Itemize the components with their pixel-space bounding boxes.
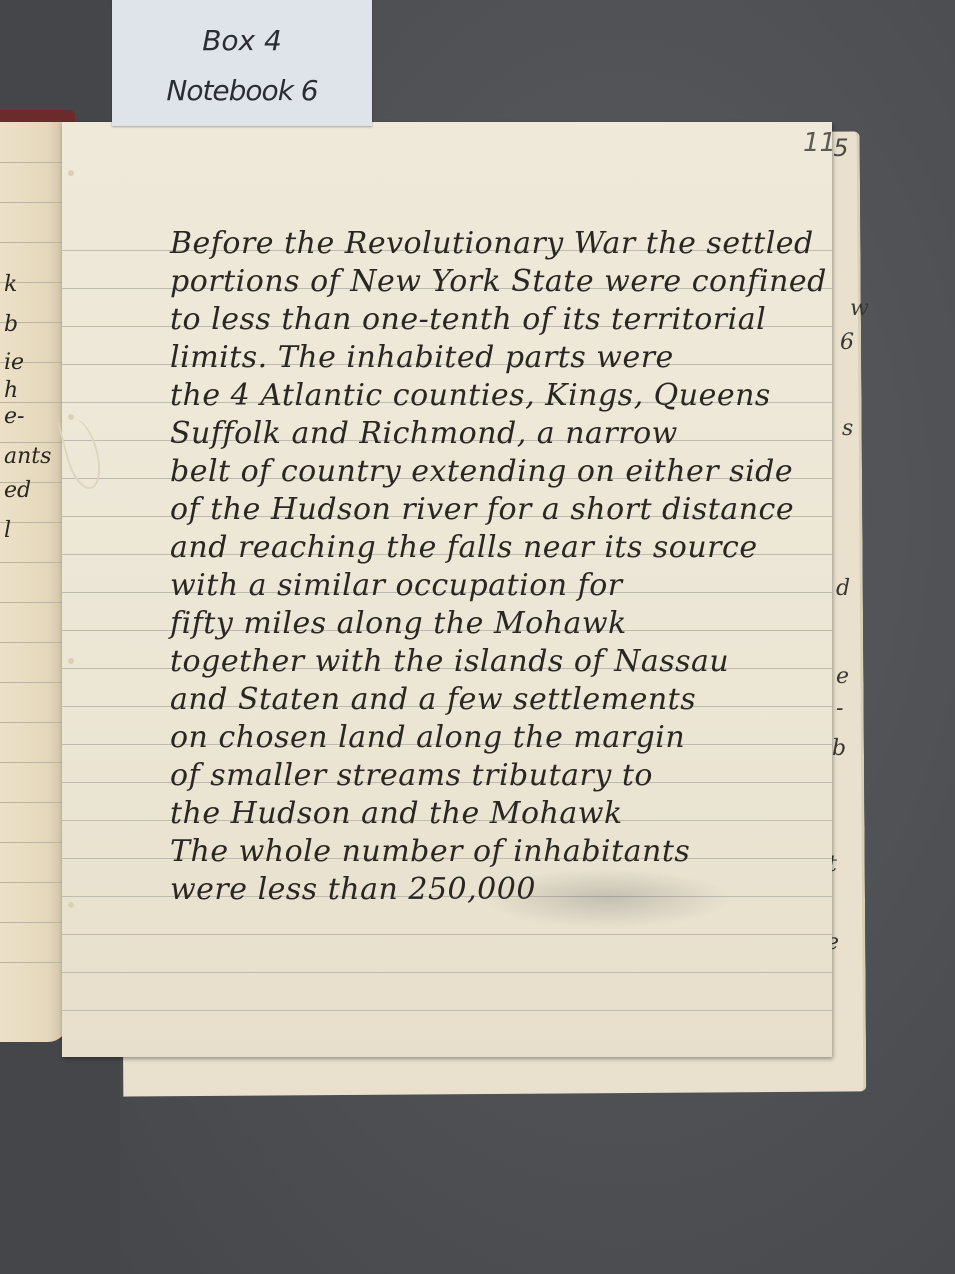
left-page-rule: [0, 802, 68, 803]
binding-stitch: [68, 902, 74, 908]
text-line: were less than 250,000: [170, 872, 536, 907]
text-line: with a similar occupation for: [170, 568, 623, 603]
text-line: of the Hudson river for a short distance: [170, 492, 794, 527]
text-line: limits. The inhabited parts were: [170, 340, 674, 375]
binding-stitch: [68, 658, 74, 664]
left-page-rule: [0, 642, 68, 643]
left-page-rule: [0, 762, 68, 763]
left-page-rule: [0, 562, 68, 563]
left-page-fragment: ed: [4, 478, 31, 503]
notebook-page: 11 Before the Revolutionary War the sett…: [62, 122, 832, 1057]
text-line: of smaller streams tributary to: [170, 758, 653, 793]
left-page-rule: [0, 602, 68, 603]
left-page-rule: [0, 202, 68, 203]
text-line: Suffolk and Richmond, a narrow: [170, 416, 678, 451]
left-page-rule: [0, 442, 68, 443]
left-page-rule: [0, 882, 68, 883]
archive-label: Box 4 Notebook 6: [112, 0, 372, 126]
text-line: portions of New York State were confined: [170, 264, 827, 299]
binding-thread: [57, 415, 107, 493]
left-page-rule: [0, 962, 68, 963]
left-page-rule: [0, 842, 68, 843]
left-page-fragment: ie: [4, 350, 24, 375]
edge-fragment: w: [850, 296, 869, 321]
left-page-fragment: k: [4, 272, 17, 297]
text-line: The whole number of inhabitants: [170, 834, 690, 869]
page-rule: [62, 972, 832, 973]
left-page-fragment: ants: [4, 444, 51, 469]
left-page-fragment: b: [4, 312, 18, 337]
text-line: belt of country extending on either side: [170, 454, 793, 489]
text-line: on chosen land along the margin: [170, 720, 685, 755]
binding-stitch: [68, 170, 74, 176]
text-line: and Staten and a few settlements: [170, 682, 696, 717]
edge-fragment: 6: [840, 330, 854, 355]
left-page-rule: [0, 922, 68, 923]
text-line: the Hudson and the Mohawk: [170, 796, 623, 831]
left-page-rule: [0, 682, 68, 683]
left-page-fragment: h: [4, 378, 18, 403]
left-page: k b ie h e- ants ed l: [0, 122, 68, 1042]
text-line: Before the Revolutionary War the settled: [170, 226, 814, 261]
notebook-label: Notebook 6: [112, 74, 372, 107]
left-page-rule: [0, 722, 68, 723]
edge-fragment: e: [836, 664, 849, 689]
edge-fragment: d: [836, 576, 850, 601]
text-line: to less than one-tenth of its territoria…: [170, 302, 766, 337]
page-number: 11: [803, 128, 836, 158]
left-page-rule: [0, 162, 68, 163]
page-rule: [62, 1010, 832, 1011]
left-page-fragment: l: [4, 518, 11, 543]
edge-fragment: b: [832, 736, 846, 761]
edge-fragment: s: [842, 416, 853, 441]
left-page-rule: [0, 242, 68, 243]
left-page-fragment: e-: [4, 404, 24, 429]
text-line: and reaching the falls near its source: [170, 530, 758, 565]
page-rule: [62, 934, 832, 935]
text-line: the 4 Atlantic counties, Kings, Queens: [170, 378, 771, 413]
text-line: fifty miles along the Mohawk: [170, 606, 627, 641]
text-line: together with the islands of Nassau: [170, 644, 729, 679]
box-label: Box 4: [112, 24, 372, 57]
edge-fragment: -: [836, 696, 843, 721]
